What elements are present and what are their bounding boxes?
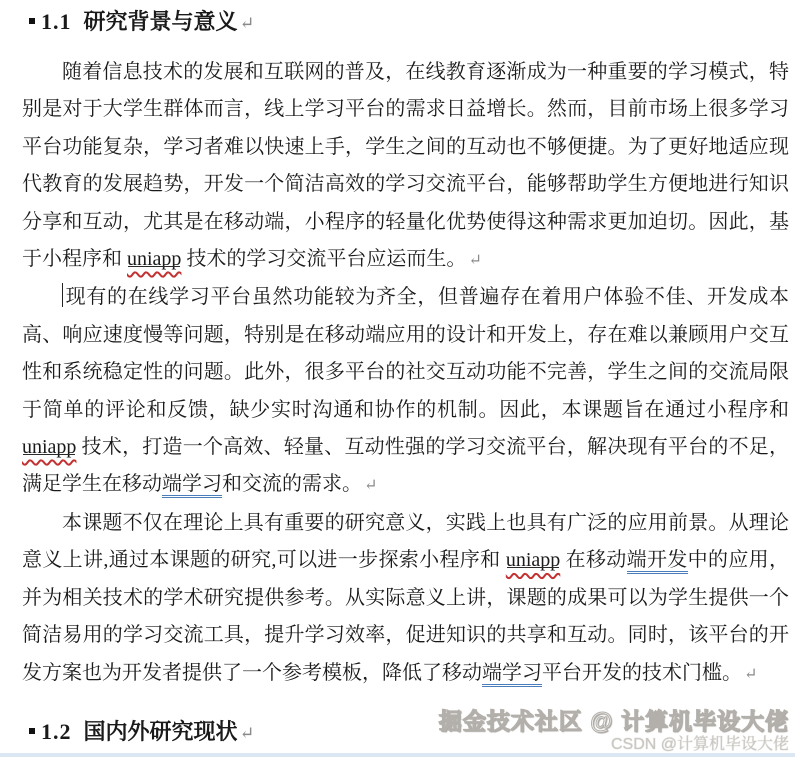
- section-heading-1-1: 1.1研究背景与意义↵: [0, 0, 795, 38]
- bottom-scroll-strip: [0, 753, 795, 757]
- body-text: 随着信息技术的发展和互联网的普及，在线教育逐渐成为一种重要的学习模式，特别是对于…: [22, 61, 789, 270]
- body-text: 在移动: [560, 549, 626, 571]
- paragraph: 随着信息技术的发展和互联网的普及，在线教育逐渐成为一种重要的学习模式，特别是对于…: [22, 54, 789, 279]
- document-body: 随着信息技术的发展和互联网的普及，在线教育逐渐成为一种重要的学习模式，特别是对于…: [0, 54, 795, 693]
- body-text: 平台开发的技术门槛。: [542, 662, 742, 684]
- paragraph-mark: ↵: [468, 252, 481, 269]
- heading-title: 研究背景与意义: [84, 9, 238, 34]
- spell-error-text: uniapp: [22, 436, 76, 458]
- spell-error-text: uniapp: [506, 549, 560, 571]
- paragraph-mark: ↵: [240, 723, 255, 743]
- body-text: 现有的在线学习平台虽然功能较为齐全，但普遍存在着用户体验不佳、开发成本高、响应速…: [22, 286, 789, 420]
- style-square-bullet-icon: [29, 728, 35, 734]
- paragraph: 现有的在线学习平台虽然功能较为齐全，但普遍存在着用户体验不佳、开发成本高、响应速…: [22, 279, 789, 504]
- body-text: 技术的学习交流平台应运而生。: [181, 248, 466, 270]
- heading-title: 国内外研究现状: [84, 719, 238, 744]
- paragraph: 本课题不仅在理论上具有重要的研究意义，实践上也具有广泛的应用前景。从理论意义上讲…: [22, 505, 789, 693]
- heading-number: 1.1: [41, 9, 72, 34]
- body-text: 技术，打造一个高效、轻量、互动性强的学习交流平台，解决现有平台的不足，满足学生在…: [22, 436, 789, 495]
- heading-number: 1.2: [41, 719, 72, 744]
- spell-error-text: uniapp: [127, 248, 181, 270]
- paragraph-mark: ↵: [240, 13, 255, 33]
- document-page: 1.1研究背景与意义↵ 随着信息技术的发展和互联网的普及，在线教育逐渐成为一种重…: [0, 0, 795, 757]
- style-square-bullet-icon: [29, 18, 35, 24]
- grammar-text: 端开发: [627, 549, 688, 574]
- paragraph-mark: ↵: [364, 477, 377, 494]
- paragraph-mark: ↵: [744, 666, 757, 683]
- grammar-text: 端学习: [482, 662, 542, 687]
- section-heading-1-2: 1.2国内外研究现状↵: [0, 717, 795, 748]
- body-text: 和交流的需求。: [222, 473, 362, 495]
- grammar-text: 端学习: [162, 473, 222, 498]
- text-cursor: [62, 283, 63, 307]
